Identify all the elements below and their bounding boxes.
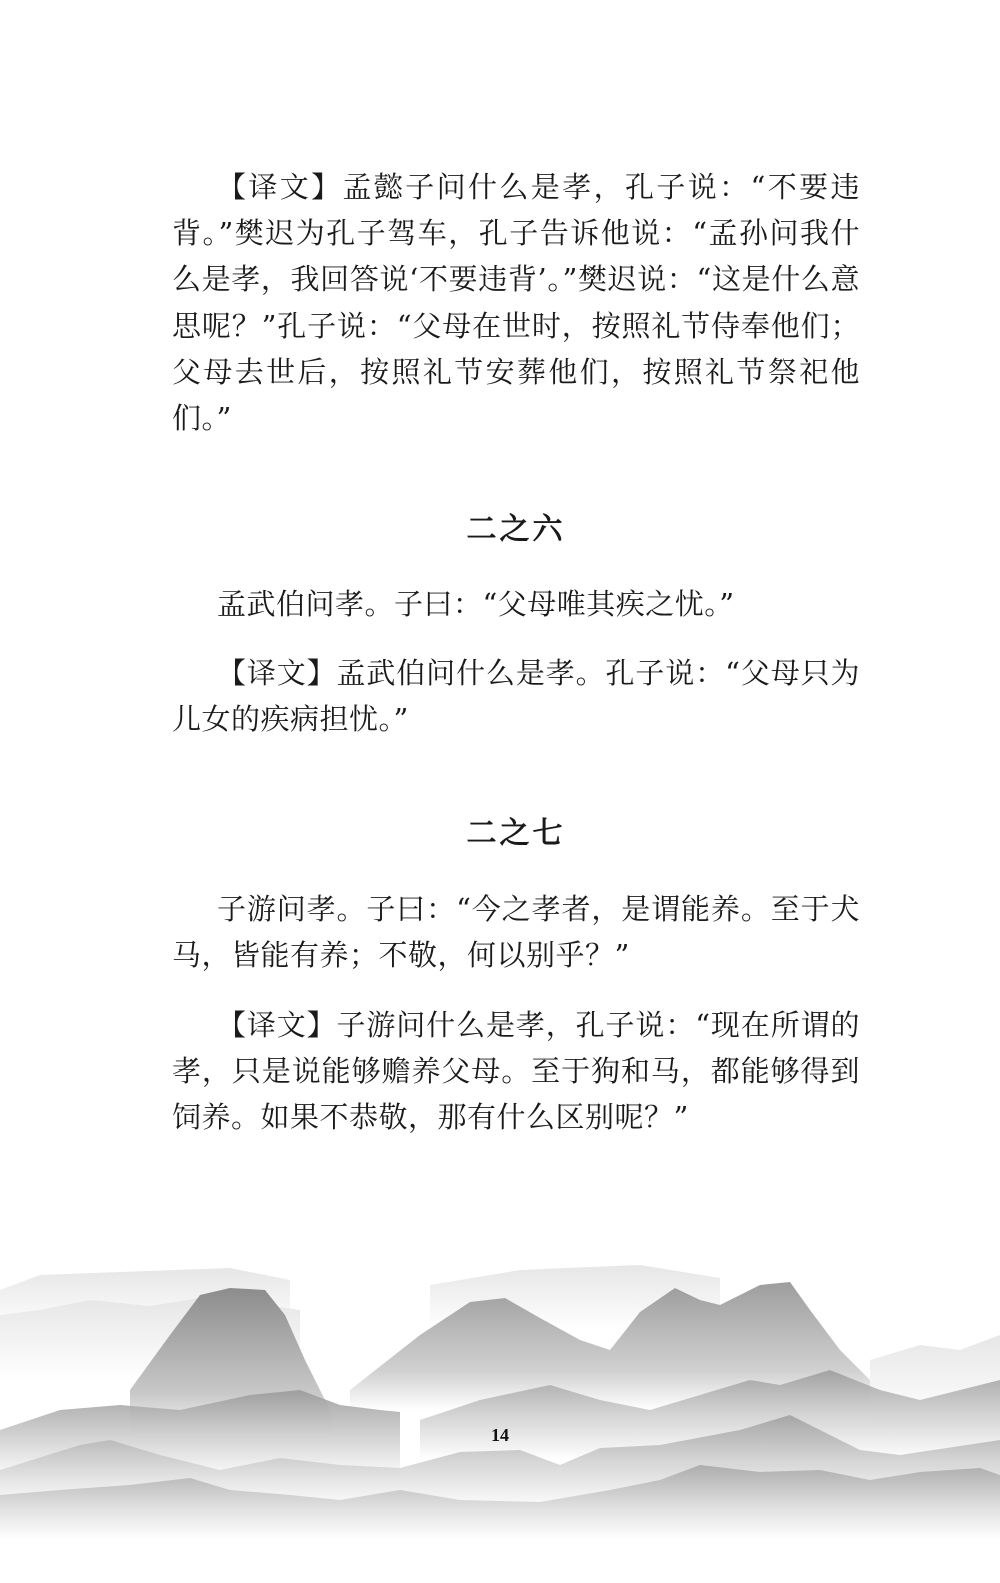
section-heading-2-6: 二之六 — [172, 504, 860, 548]
section-heading-2-7: 二之七 — [172, 808, 860, 852]
ink-mountain-landscape — [0, 1240, 1000, 1583]
page-number: 14 — [0, 1425, 1000, 1446]
translation-paragraph-2-7: 【译文】子游问什么是孝，孔子说：“现在所谓的孝，只是说能够赡养父母。至于狗和马，… — [172, 1002, 860, 1141]
translation-paragraph-2-6: 【译文】孟武伯问什么是孝。孔子说：“父母只为儿女的疾病担忧。” — [172, 650, 860, 742]
translation-paragraph-2-5: 【译文】孟懿子问什么是孝，孔子说：“不要违背。”樊迟为孔子驾车，孔子告诉他说：“… — [172, 164, 860, 441]
original-text-2-7: 子游问孝。子曰：“今之孝者，是谓能养。至于犬马，皆能有养；不敬，何以别乎？” — [172, 886, 860, 978]
original-text-2-6: 孟武伯问孝。子曰：“父母唯其疾之忧。” — [172, 581, 860, 627]
